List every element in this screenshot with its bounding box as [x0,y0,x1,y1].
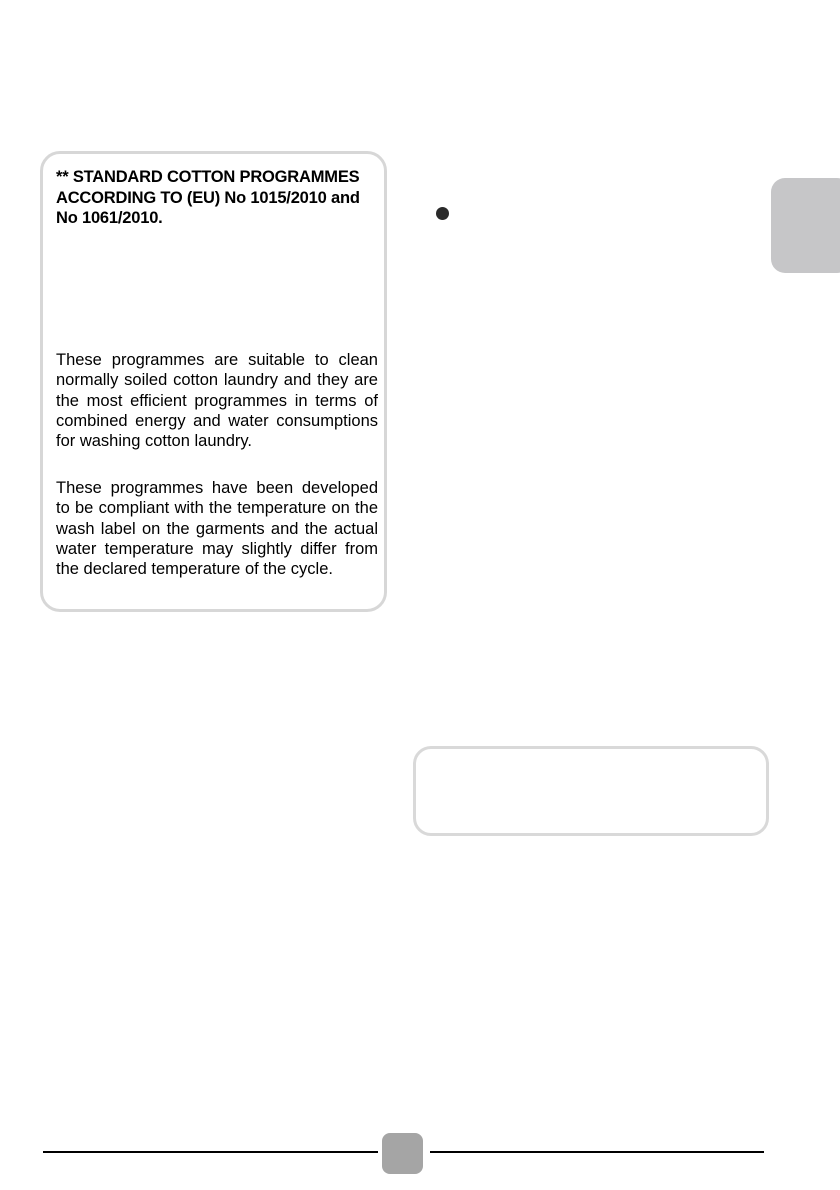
bullet-icon [436,207,449,220]
language-side-tab [771,178,840,273]
empty-info-box [413,746,769,836]
note-paragraph-temperature: These programmes have been developed to … [56,478,378,579]
note-title: ** STANDARD COTTON PROGRAMMES ACCORDING … [56,167,378,229]
footer-divider-left [43,1151,378,1153]
footer-divider-right [430,1151,764,1153]
note-paragraph-efficiency: These programmes are suitable to clean n… [56,350,378,451]
standard-cotton-note-box: ** STANDARD COTTON PROGRAMMES ACCORDING … [40,151,387,612]
page-number-badge [382,1133,423,1174]
